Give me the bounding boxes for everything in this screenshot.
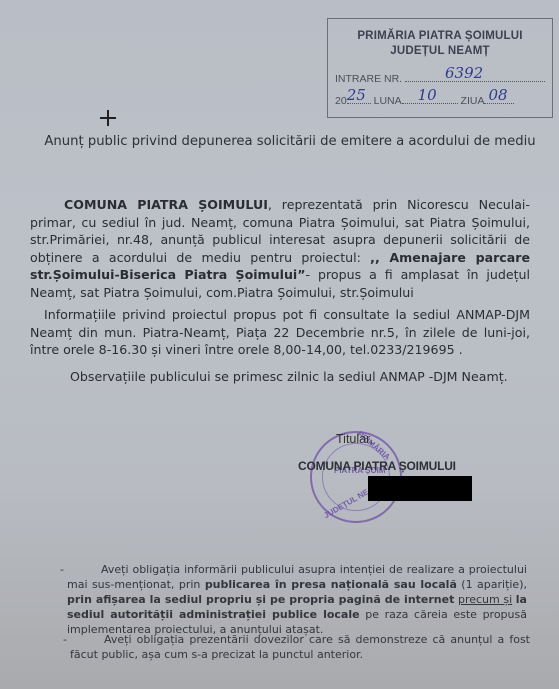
document-title: Anunț public privind depunerea solicităr… bbox=[40, 133, 540, 151]
day-value: 08 bbox=[488, 86, 507, 104]
applicant-name: COMUNA PIATRA ȘOIMULUI bbox=[64, 197, 268, 212]
signatory-organization: COMUNA PIATRA ȘOIMULUI bbox=[298, 459, 456, 473]
announcement-paragraph: COMUNA PIATRA ȘOIMULUI, reprezentată pri… bbox=[30, 196, 530, 301]
year-prefix: 20 bbox=[335, 95, 347, 107]
entry-number-row: INTRARE NR. 6392 bbox=[335, 71, 545, 85]
month-label: LUNA bbox=[374, 95, 402, 107]
month-value: 10 bbox=[418, 86, 437, 104]
registration-stamp: PRIMĂRIA PIATRA ȘOIMULUI JUDEȚUL NEAMȚ I… bbox=[327, 18, 553, 118]
proof-note: -Aveți obligația prezentării dovezilor c… bbox=[70, 632, 530, 662]
stamp-county: JUDEȚUL NEAMȚ bbox=[328, 45, 552, 57]
observations-info: Observațiile publicului se primesc zilni… bbox=[30, 368, 530, 386]
signatory-role: Titular, bbox=[336, 432, 373, 446]
year-suffix: 25 bbox=[347, 86, 366, 104]
crosshair-cursor-icon bbox=[100, 110, 116, 126]
stamp-institution: PRIMĂRIA PIATRA ȘOIMULUI bbox=[328, 30, 552, 42]
obligation-note: -Aveți obligația informării publicului a… bbox=[67, 562, 527, 637]
signature-block: PRIMĂRIA PIATRA ȘOIM JUDEȚUL NEAMȚ Titul… bbox=[290, 428, 490, 538]
consultation-info: Informațiile privind proiectul propus po… bbox=[30, 306, 530, 359]
entry-number: 6392 bbox=[445, 64, 483, 82]
day-label: ZIUA bbox=[461, 95, 485, 107]
date-row: 2025 LUNA10 ZIUA08 bbox=[335, 93, 514, 107]
redacted-signature bbox=[368, 476, 472, 501]
entry-label: INTRARE NR. bbox=[335, 73, 402, 85]
scanned-document: PRIMĂRIA PIATRA ȘOIMULUI JUDEȚUL NEAMȚ I… bbox=[0, 0, 559, 689]
